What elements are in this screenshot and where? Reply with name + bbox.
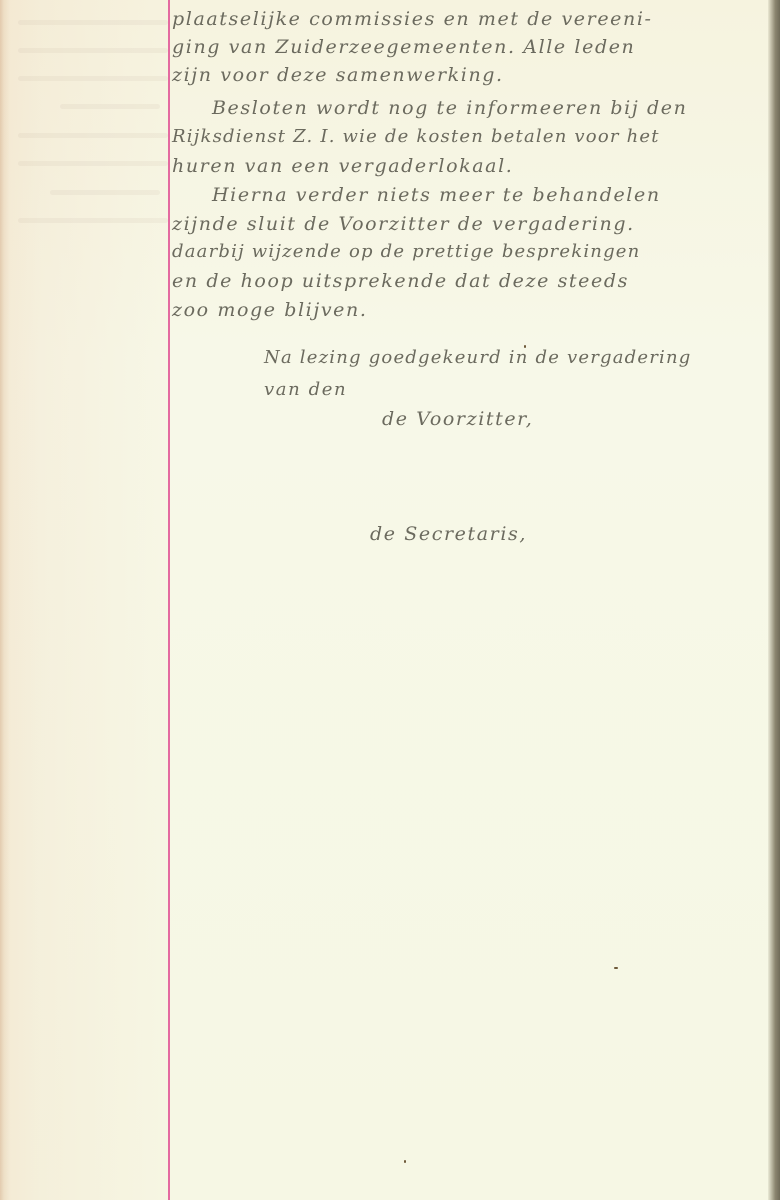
text-line: huren van een vergaderlokaal. <box>172 157 513 176</box>
text-line: zijnde sluit de Voorzitter de vergaderin… <box>172 215 635 234</box>
scanned-page: plaatselijke commissies en met de vereen… <box>0 0 780 1200</box>
text-line: Besloten wordt nog te informeeren bij de… <box>212 99 687 118</box>
bleed-through-text <box>50 190 160 195</box>
ink-speck <box>404 1160 406 1163</box>
bleed-through-text <box>18 20 168 25</box>
ink-speck <box>524 345 526 348</box>
text-line: plaatselijke commissies en met de vereen… <box>172 10 653 29</box>
page-binding-edge <box>768 0 780 1200</box>
bleed-through-text <box>18 76 168 81</box>
text-line: en de hoop uitsprekende dat deze steeds <box>172 272 629 291</box>
text-line: daarbij wijzende op de prettige bespreki… <box>172 243 640 261</box>
left-margin <box>0 0 168 1200</box>
bleed-through-text <box>18 133 168 138</box>
text-line: ging van Zuiderzeegemeenten. Alle leden <box>172 38 635 57</box>
margin-rule <box>168 0 170 1200</box>
secretary-signature-label: de Secretaris, <box>370 525 527 544</box>
approval-line: van den <box>264 381 347 399</box>
text-line: Hierna verder niets meer te behandelen <box>212 186 661 205</box>
text-line: zoo moge blijven. <box>172 301 368 320</box>
bleed-through-text <box>18 48 168 53</box>
text-line: Rijksdienst Z. I. wie de kosten betalen … <box>172 128 660 146</box>
bleed-through-text <box>60 104 160 109</box>
text-line: zijn voor deze samenwerking. <box>172 66 504 85</box>
approval-line: Na lezing goedgekeurd in de vergadering <box>264 349 692 367</box>
chairman-signature-label: de Voorzitter, <box>382 410 533 429</box>
ink-speck <box>614 967 618 969</box>
bleed-through-text <box>18 218 168 223</box>
bleed-through-text <box>18 161 168 166</box>
